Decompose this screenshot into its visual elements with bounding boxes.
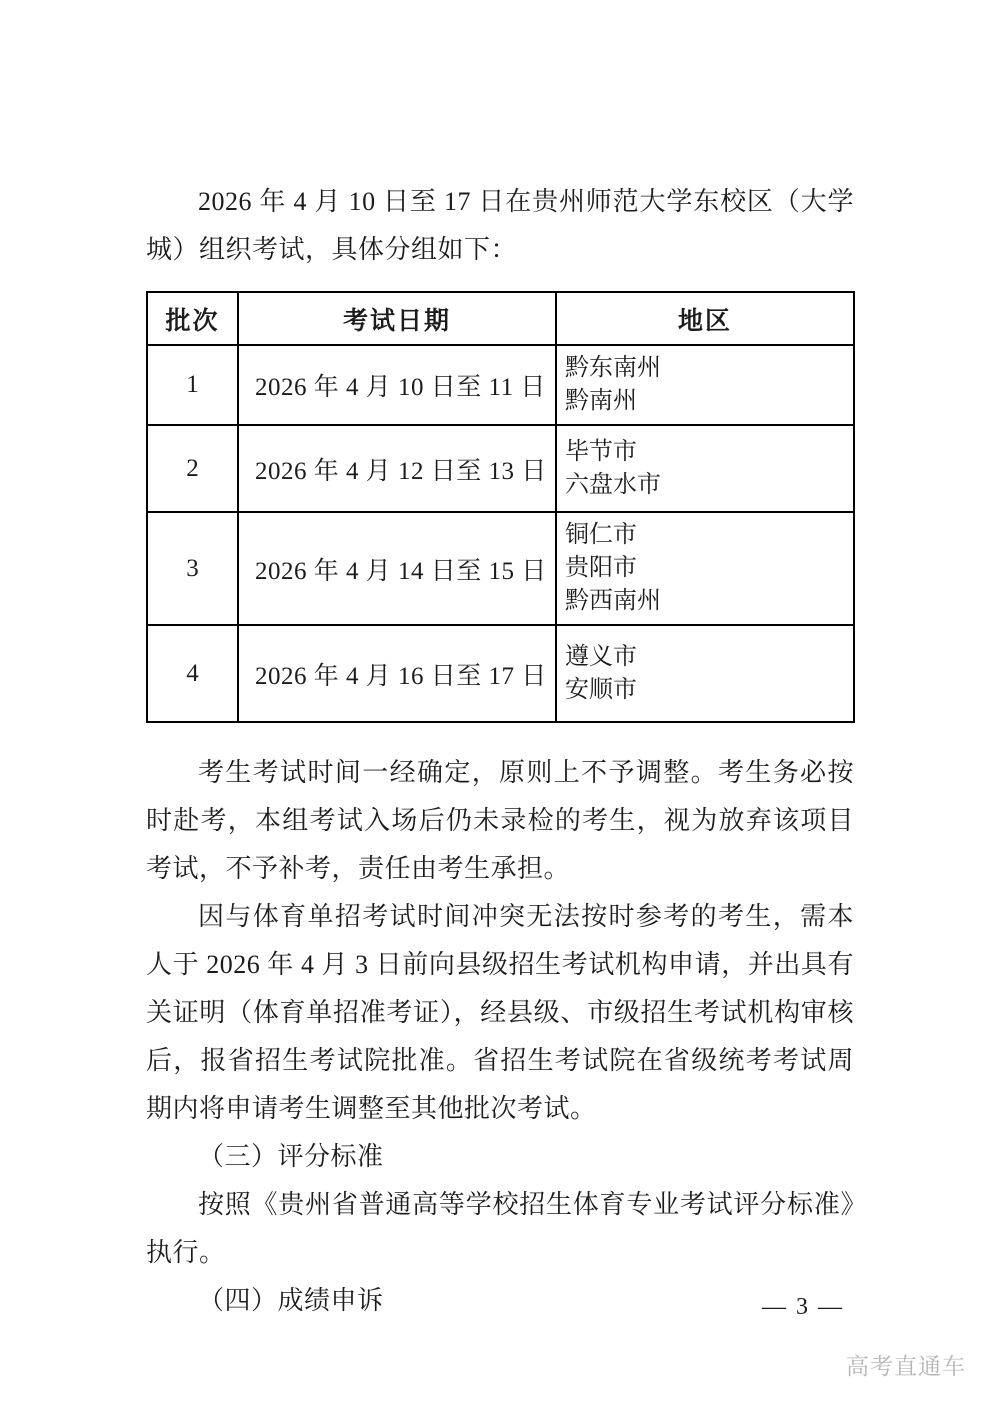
region-line: 遵义市	[565, 641, 849, 674]
date-cell: 2026 年 4 月 10 日至 11 日	[238, 345, 556, 425]
page-number: — 3 —	[762, 1294, 844, 1321]
date-cell: 2026 年 4 月 14 日至 15 日	[238, 512, 556, 625]
region-line: 贵阳市	[565, 552, 849, 585]
region-cell: 铜仁市 贵阳市 黔西南州	[556, 512, 854, 625]
batch-cell: 4	[147, 625, 238, 722]
batch-cell: 1	[147, 345, 238, 425]
document-page: 2026 年 4 月 10 日至 17 日在贵州师范大学东校区（大学城）组织考试…	[0, 0, 992, 1403]
batch-cell: 2	[147, 425, 238, 512]
region-line: 黔西南州	[565, 585, 849, 618]
date-cell: 2026 年 4 月 16 日至 17 日	[238, 625, 556, 722]
section-heading-4: （四）成绩申诉	[146, 1277, 854, 1325]
table-row: 3 2026 年 4 月 14 日至 15 日 铜仁市 贵阳市 黔西南州	[147, 512, 854, 625]
region-line: 黔南州	[565, 385, 849, 418]
body-paragraph-3: 按照《贵州省普通高等学校招生体育专业考试评分标准》执行。	[146, 1181, 854, 1277]
intro-paragraph: 2026 年 4 月 10 日至 17 日在贵州师范大学东校区（大学城）组织考试…	[146, 178, 854, 274]
region-cell: 遵义市 安顺市	[556, 625, 854, 722]
region-line: 铜仁市	[565, 519, 849, 552]
table-row: 2 2026 年 4 月 12 日至 13 日 毕节市 六盘水市	[147, 425, 854, 512]
watermark: 高考直通车	[846, 1348, 966, 1381]
body-paragraph-2: 因与体育单招考试时间冲突无法按时参考的考生，需本人于 2026 年 4 月 3 …	[146, 893, 854, 1133]
region-line: 六盘水市	[565, 469, 849, 502]
header-cell-date: 考试日期	[238, 292, 556, 345]
table-row: 1 2026 年 4 月 10 日至 11 日 黔东南州 黔南州	[147, 345, 854, 425]
table-row: 4 2026 年 4 月 16 日至 17 日 遵义市 安顺市	[147, 625, 854, 722]
exam-schedule-table: 批次 考试日期 地区 1 2026 年 4 月 10 日至 11 日 黔东南州 …	[146, 291, 855, 723]
region-line: 安顺市	[565, 674, 849, 707]
body-paragraph-1: 考生考试时间一经确定，原则上不予调整。考生务必按时赴考，本组考试入场后仍未录检的…	[146, 749, 854, 893]
batch-cell: 3	[147, 512, 238, 625]
date-cell: 2026 年 4 月 12 日至 13 日	[238, 425, 556, 512]
header-cell-region: 地区	[556, 292, 854, 345]
header-cell-batch: 批次	[147, 292, 238, 345]
region-line: 毕节市	[565, 436, 849, 469]
section-heading-3: （三）评分标准	[146, 1133, 854, 1181]
region-cell: 毕节市 六盘水市	[556, 425, 854, 512]
region-line: 黔东南州	[565, 352, 849, 385]
table-header-row: 批次 考试日期 地区	[147, 292, 854, 345]
region-cell: 黔东南州 黔南州	[556, 345, 854, 425]
document-content: 2026 年 4 月 10 日至 17 日在贵州师范大学东校区（大学城）组织考试…	[146, 178, 854, 1325]
